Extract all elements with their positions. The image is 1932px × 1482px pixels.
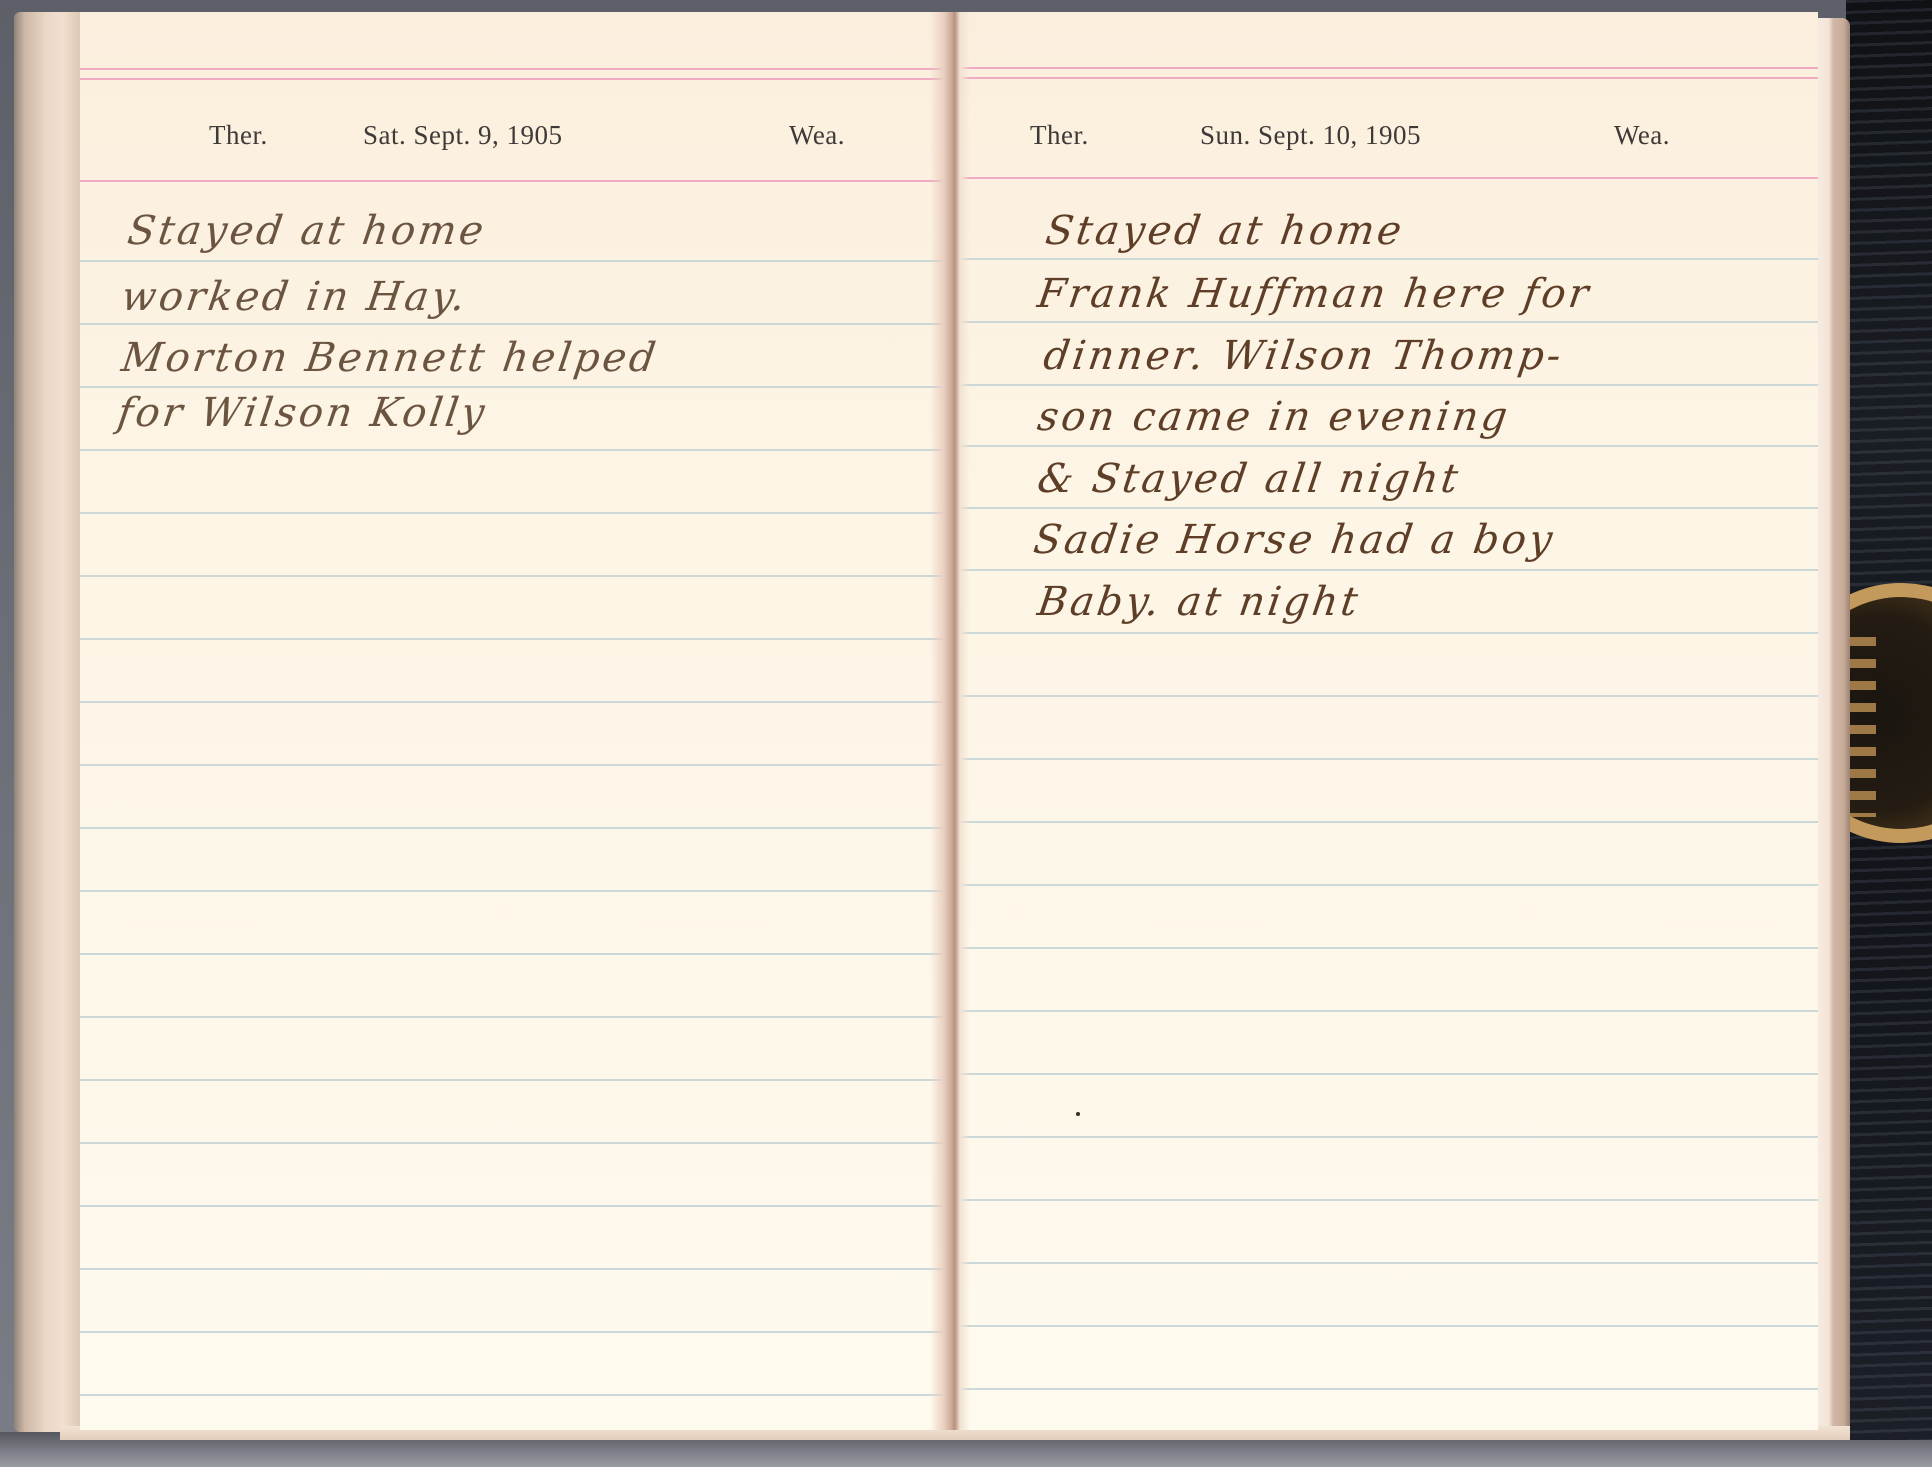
left-page-stack-edge bbox=[14, 12, 84, 1432]
blue-rule bbox=[958, 1073, 1818, 1075]
blue-rule bbox=[958, 445, 1818, 447]
handwritten-line: son came in evening bbox=[1035, 394, 1513, 440]
blue-rule bbox=[958, 947, 1818, 949]
handwritten-line: & Stayed all night bbox=[1035, 456, 1464, 502]
blue-rule bbox=[80, 890, 948, 892]
blue-rule bbox=[958, 884, 1818, 886]
right-page: Ther. Sun. Sept. 10, 1905 Wea. Stayed at… bbox=[958, 12, 1818, 1430]
handwritten-line: worked in Hay. bbox=[119, 274, 471, 320]
seal-lettering bbox=[1846, 637, 1876, 817]
pink-rule-header-bottom bbox=[80, 180, 948, 182]
blue-rule bbox=[80, 1205, 948, 1207]
blue-rule bbox=[958, 321, 1818, 323]
pink-rule bbox=[958, 77, 1818, 79]
blue-rule bbox=[80, 575, 948, 577]
pink-rule bbox=[958, 67, 1818, 69]
blue-rule bbox=[80, 1142, 948, 1144]
blue-rule bbox=[80, 260, 948, 262]
ink-speck bbox=[1076, 1112, 1080, 1116]
blue-rule bbox=[80, 953, 948, 955]
thermometer-label: Ther. bbox=[209, 120, 268, 160]
handwritten-line: dinner. Wilson Thomp- bbox=[1041, 333, 1567, 379]
blue-rule bbox=[80, 386, 948, 388]
blue-rule bbox=[80, 764, 948, 766]
weather-label: Wea. bbox=[1614, 120, 1670, 160]
blue-rule bbox=[958, 1325, 1818, 1327]
left-page: Ther. Sat. Sept. 9, 1905 Wea. Stayed at … bbox=[80, 12, 948, 1430]
pink-rule bbox=[80, 68, 948, 70]
blue-rule bbox=[958, 569, 1818, 571]
handwritten-line: Stayed at home bbox=[125, 208, 489, 254]
handwritten-line: Frank Huffman here for bbox=[1035, 271, 1594, 317]
gold-seal-icon bbox=[1846, 583, 1932, 843]
handwritten-line: Morton Bennett helped bbox=[119, 335, 661, 381]
blue-rule bbox=[80, 449, 948, 451]
handwritten-line: Sadie Horse had a boy bbox=[1031, 517, 1558, 563]
weather-label: Wea. bbox=[789, 120, 845, 160]
blue-rule bbox=[958, 1388, 1818, 1390]
blue-rule bbox=[80, 827, 948, 829]
blue-rule bbox=[80, 701, 948, 703]
blue-rule bbox=[958, 1010, 1818, 1012]
blue-rule bbox=[958, 1199, 1818, 1201]
blue-rule bbox=[958, 507, 1818, 509]
blue-rule bbox=[80, 1016, 948, 1018]
handwritten-line: Baby. at night bbox=[1035, 579, 1364, 625]
diary-scan: Ther. Sat. Sept. 9, 1905 Wea. Stayed at … bbox=[0, 0, 1932, 1482]
blue-rule bbox=[80, 512, 948, 514]
blue-rule bbox=[958, 1136, 1818, 1138]
pink-rule bbox=[80, 78, 948, 80]
blue-rule bbox=[958, 758, 1818, 760]
handwritten-line: Stayed at home bbox=[1043, 208, 1407, 254]
blue-rule bbox=[958, 258, 1818, 260]
blue-rule bbox=[958, 821, 1818, 823]
thermometer-label: Ther. bbox=[1030, 120, 1089, 160]
blue-rule bbox=[958, 632, 1818, 634]
book-cover bbox=[1846, 0, 1932, 1440]
blue-rule bbox=[80, 1394, 948, 1396]
blue-rule bbox=[80, 1331, 948, 1333]
blue-rule bbox=[80, 638, 948, 640]
blue-rule bbox=[958, 1262, 1818, 1264]
blue-rule bbox=[958, 695, 1818, 697]
blue-rule bbox=[958, 384, 1818, 386]
blue-rule bbox=[80, 1079, 948, 1081]
blue-rule bbox=[80, 1268, 948, 1270]
entry-date: Sun. Sept. 10, 1905 bbox=[1200, 120, 1421, 160]
entry-date: Sat. Sept. 9, 1905 bbox=[363, 120, 563, 160]
handwritten-line: for Wilson Kolly bbox=[115, 390, 490, 436]
blue-rule bbox=[80, 323, 948, 325]
pink-rule-header-bottom bbox=[958, 177, 1818, 179]
